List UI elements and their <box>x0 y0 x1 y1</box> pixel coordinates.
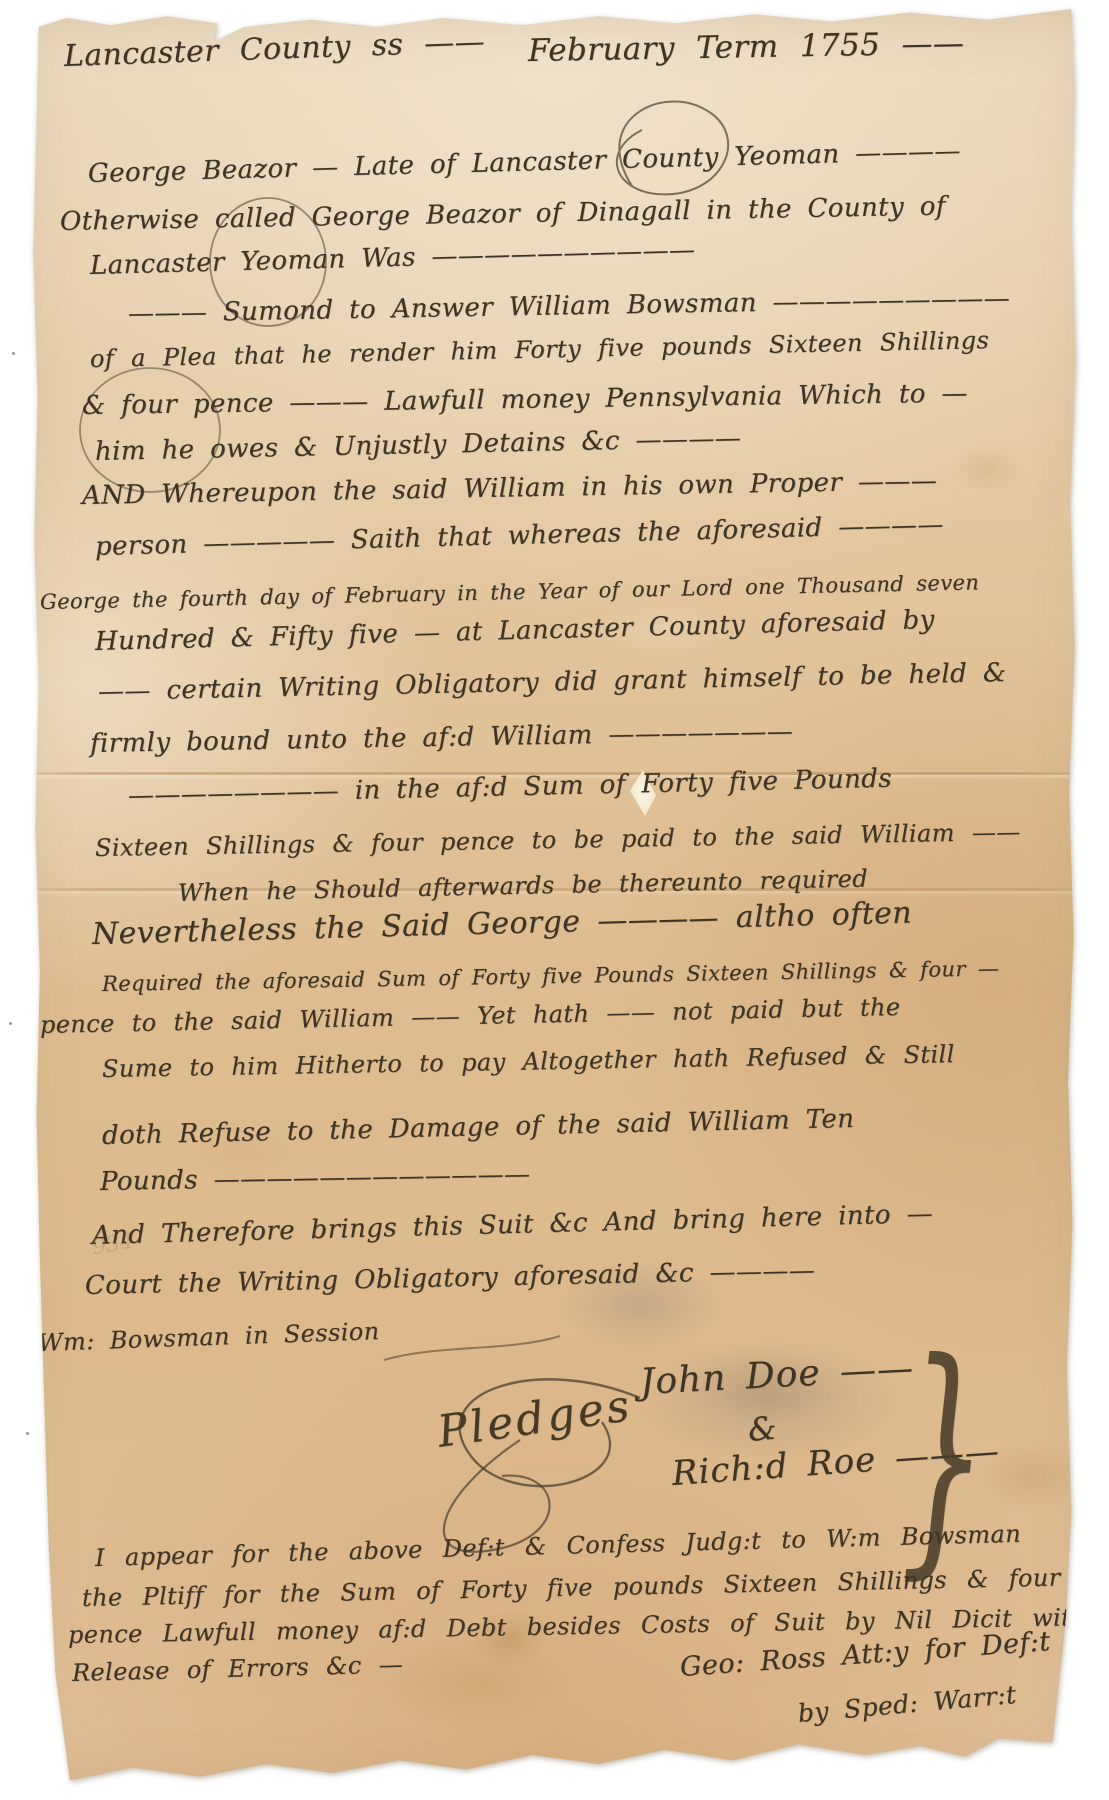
paper-surface: Lancaster County ss —— February Term 175… <box>0 0 1109 1800</box>
manuscript-line: doth Refuse to the Damage of the said Wi… <box>102 1105 855 1152</box>
manuscript-line: Pounds ———————————— <box>100 1160 531 1197</box>
closing-line: I appear for the above Def:t & Confess J… <box>95 1521 1022 1573</box>
manuscript-line: Lancaster Yeoman Was —————————— <box>90 236 696 282</box>
manuscript-line: & four pence ——— Lawfull money Pennsylva… <box>82 380 968 422</box>
manuscript-line: firmly bound unto the af:d William —————… <box>90 718 794 760</box>
manuscript-line: Otherwise called George Beazor of Dinaga… <box>60 193 946 238</box>
manuscript-line: him he owes & Unjustly Detains &c ———— <box>95 424 742 467</box>
manuscript-line: Hundred & Fifty five — at Lancaster Coun… <box>95 606 935 658</box>
manuscript-line: ——— Sumond to Answer William Bowsman ———… <box>128 285 1011 330</box>
manuscript-line: —— certain Writing Obligatory did grant … <box>98 659 1007 708</box>
ampersand: & <box>746 1410 778 1449</box>
scan-background: Lancaster County ss —— February Term 175… <box>0 0 1109 1800</box>
pledges-note: Wm: Bowsman in Session <box>38 1318 380 1358</box>
manuscript-line: Sume to him Hitherto to pay Altogether h… <box>102 1041 955 1083</box>
manuscript-line: of a Plea that he render him Forty five … <box>90 327 990 373</box>
manuscript-line: person ————— Saith that whereas the afor… <box>95 511 945 563</box>
manuscript-line: Required the aforesaid Sum of Forty five… <box>102 956 1000 996</box>
manuscript-line: AND Whereupon the said William in his ow… <box>82 467 938 512</box>
manuscript-line: pence to the said William —— Yet hath ——… <box>40 994 901 1040</box>
manuscript-line: George Beazor — Late of Lancaster County… <box>88 137 962 190</box>
warrant-note: by Sped: Warr:t <box>797 1681 1018 1729</box>
pledges-label: Pledges <box>434 1381 635 1458</box>
document-sheet: Lancaster County ss —— February Term 175… <box>0 0 1109 1800</box>
manuscript-line: And Therefore brings this Suit &c And br… <box>92 1200 934 1252</box>
header-term: February Term 1755 —— <box>528 26 965 69</box>
closing-line: Release of Errors &c — <box>72 1651 404 1687</box>
header-court: Lancaster County ss —— <box>63 25 485 74</box>
manuscript-line: Sixteen Shillings & four pence to be pai… <box>95 819 1021 863</box>
